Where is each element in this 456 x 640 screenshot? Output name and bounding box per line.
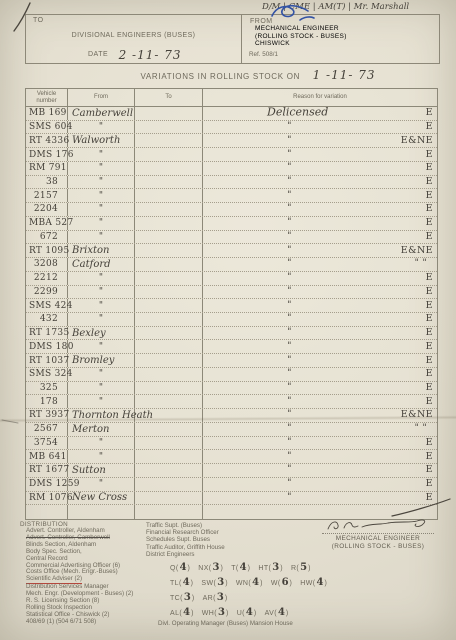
reason-cell: "E xyxy=(203,327,437,340)
table-row: 2212""E xyxy=(26,272,437,286)
code-label: ) xyxy=(221,565,224,572)
reason-cell: "E xyxy=(203,217,437,230)
vehicle-cell: MB 169 xyxy=(26,107,68,120)
vehicle-cell: MB 641 xyxy=(26,450,68,463)
garage-code-line: TC(3)AR(3) xyxy=(170,591,327,606)
reason-value: " xyxy=(287,231,291,241)
page-title: VARIATIONS IN ROLLING STOCK ON 1 -11- 73 xyxy=(60,66,456,84)
table-row: MBA 527""E xyxy=(26,217,437,231)
garage-code-line: Q(4)NX(3)T(4)HT(3)R(5) xyxy=(170,561,327,576)
reason-value: " xyxy=(287,465,291,475)
table-row: 38""E xyxy=(26,176,437,190)
code-group: AR(3) xyxy=(203,593,228,604)
vehicle-cell: 2567 xyxy=(26,423,68,436)
scanned-memo-page: D/M | CME | AM(T) | Mr. Marshall TO DIVI… xyxy=(0,0,456,640)
reason-value: " xyxy=(287,479,291,489)
code-value: E xyxy=(426,341,433,352)
from-cell: " xyxy=(68,231,135,244)
reason-value: " xyxy=(287,218,291,228)
code-label: ) xyxy=(260,580,263,587)
header-box: TO DIVISIONAL ENGINEERS (BUSES) DATE 2 -… xyxy=(25,14,440,64)
recipients-column: Traffic Supt. (Buses)Financial Research … xyxy=(146,522,225,558)
reason-value: " xyxy=(287,176,291,186)
reason-value: " xyxy=(287,121,291,131)
code-count: 4 xyxy=(183,577,190,588)
col-vehicle-number: Vehicle number xyxy=(26,89,68,106)
code-label: AR( xyxy=(203,595,216,602)
vehicle-cell: RM 791 xyxy=(26,162,68,175)
code-value: E xyxy=(426,217,433,228)
code-value: E xyxy=(426,203,433,214)
code-label: ) xyxy=(308,565,311,572)
code-value: E xyxy=(426,299,433,310)
code-group: WN(4) xyxy=(236,578,263,589)
from-line: CHISWICK xyxy=(255,40,347,48)
table-row: 3208Catford"" " xyxy=(26,258,437,272)
to-cell xyxy=(135,437,203,450)
vehicle-cell: MBA 527 xyxy=(26,217,68,230)
reason-value: " xyxy=(287,300,291,310)
code-value: E xyxy=(426,492,433,503)
from-cell: " xyxy=(68,299,135,312)
table-row: SMS 604""E xyxy=(26,121,437,135)
to-cell xyxy=(135,505,203,519)
recipient-item: Traffic Supt. (Buses) xyxy=(146,522,225,529)
reason-cell: "E xyxy=(203,450,437,463)
code-value: E xyxy=(426,107,433,118)
table-row: RT 4336Walworth"E&NE xyxy=(26,134,437,148)
to-cell xyxy=(135,244,203,257)
code-group: AV(4) xyxy=(265,608,289,619)
code-group: SW(3) xyxy=(201,578,228,589)
vehicle-cell: 3208 xyxy=(26,258,68,271)
code-value: E xyxy=(426,464,433,475)
from-cell: Catford xyxy=(68,258,135,271)
code-value: E xyxy=(426,190,433,201)
code-label: ) xyxy=(290,580,293,587)
to-cell xyxy=(135,327,203,340)
from-cell: " xyxy=(68,340,135,353)
code-value: E xyxy=(426,231,433,242)
from-cell: " xyxy=(68,368,135,381)
to-section: TO DIVISIONAL ENGINEERS (BUSES) DATE 2 -… xyxy=(26,15,242,63)
code-group: AL(4) xyxy=(170,608,194,619)
code-count: 4 xyxy=(246,607,253,618)
vehicle-cell: 432 xyxy=(26,313,68,326)
vehicle-cell: 2157 xyxy=(26,189,68,202)
code-count: 3 xyxy=(217,577,224,588)
to-cell xyxy=(135,450,203,463)
reason-cell: "E xyxy=(203,176,437,189)
reason-value: " xyxy=(287,424,291,434)
reason-cell: "E&NE xyxy=(203,134,437,147)
reason-value: " xyxy=(287,341,291,351)
code-count: 3 xyxy=(184,592,191,603)
code-value: E xyxy=(426,272,433,283)
to-cell xyxy=(135,286,203,299)
vehicle-cell: RT 1677 xyxy=(26,464,68,477)
code-count: 4 xyxy=(180,562,187,573)
reason-cell: "E xyxy=(203,340,437,353)
code-label: R( xyxy=(291,565,299,572)
code-value: E xyxy=(426,313,433,324)
vehicle-cell: 38 xyxy=(26,176,68,189)
recipient-item: Schedules Supt. Buses xyxy=(146,536,225,543)
vehicle-cell: DMS 176 xyxy=(26,148,68,161)
code-value: E xyxy=(426,286,433,297)
vehicle-cell: 325 xyxy=(26,382,68,395)
code-value: E xyxy=(426,354,433,365)
to-cell xyxy=(135,354,203,367)
code-count: 4 xyxy=(252,577,259,588)
from-cell: " xyxy=(68,313,135,326)
date-value: 2 -11- 73 xyxy=(119,48,182,62)
code-value: E xyxy=(426,478,433,489)
reason-value: " xyxy=(287,355,291,365)
code-count: 4 xyxy=(278,607,285,618)
reason-cell: "E xyxy=(203,395,437,408)
from-cell: " xyxy=(68,189,135,202)
signature-scribble xyxy=(322,517,434,534)
reason-cell: "E xyxy=(203,478,437,491)
reason-value: " xyxy=(287,245,291,255)
table-row: SMS 424""E xyxy=(26,299,437,313)
code-value: E xyxy=(426,162,433,173)
from-address: MECHANICAL ENGINEER (ROLLING STOCK - BUS… xyxy=(255,25,347,48)
reason-cell: "E xyxy=(203,492,437,505)
code-value: E&NE xyxy=(401,135,433,146)
garage-code-line: AL(4)WH(3)U(4)AV(4) xyxy=(170,606,327,621)
from-cell xyxy=(68,505,135,519)
vehicle-cell: 178 xyxy=(26,395,68,408)
to-cell xyxy=(135,189,203,202)
reason-value: Delicensed xyxy=(267,106,328,119)
table-row: 672""E xyxy=(26,231,437,245)
code-label: ) xyxy=(191,610,194,617)
reason-cell: "E xyxy=(203,313,437,326)
table-row: RT 1095Brixton"E&NE xyxy=(26,244,437,258)
vehicle-cell: RT 4336 xyxy=(26,134,68,147)
from-cell: " xyxy=(68,272,135,285)
table-row: DMS 176""E xyxy=(26,148,437,162)
to-label: TO xyxy=(33,17,44,24)
signature-title: (ROLLING STOCK - BUSES) xyxy=(316,543,440,550)
reason-value: " xyxy=(287,382,291,392)
to-cell xyxy=(135,368,203,381)
from-cell: " xyxy=(68,217,135,230)
to-cell xyxy=(135,162,203,175)
date-line: DATE 2 -11- 73 xyxy=(88,46,182,64)
code-group: Q(4) xyxy=(170,563,190,574)
vehicle-cell: DMS 180 xyxy=(26,340,68,353)
from-cell: New Cross xyxy=(68,492,135,505)
code-label: ) xyxy=(226,610,229,617)
col-reason: Reason for variation xyxy=(203,89,437,106)
code-value: E xyxy=(426,327,433,338)
reason-value: " xyxy=(287,286,291,296)
code-value: " " xyxy=(415,424,427,434)
reason-cell: "" " xyxy=(203,423,437,436)
code-count: 6 xyxy=(282,577,289,588)
from-label: FROM xyxy=(250,18,273,25)
from-cell: " xyxy=(68,450,135,463)
from-cell: Brixton xyxy=(68,244,135,257)
table-row: 2204""E xyxy=(26,203,437,217)
table-row: 2299""E xyxy=(26,286,437,300)
reason-cell: "E xyxy=(203,286,437,299)
code-label: AV( xyxy=(265,610,277,617)
routing-note: D/M | CME | AM(T) | Mr. Marshall xyxy=(262,2,456,12)
signature-block: MECHANICAL ENGINEER (ROLLING STOCK - BUS… xyxy=(316,517,440,550)
table-row: 325""E xyxy=(26,382,437,396)
title-text: VARIATIONS IN ROLLING STOCK ON xyxy=(140,72,300,81)
reason-cell: "E xyxy=(203,354,437,367)
from-cell: " xyxy=(68,148,135,161)
to-value: DIVISIONAL ENGINEERS (BUSES) xyxy=(26,32,241,39)
from-cell: " xyxy=(68,162,135,175)
code-label: WN( xyxy=(236,580,251,587)
from-section: FROM MECHANICAL ENGINEER (ROLLING STOCK … xyxy=(242,15,439,63)
vehicle-cell: SMS 604 xyxy=(26,121,68,134)
from-cell: " xyxy=(68,176,135,189)
code-label: Q( xyxy=(170,565,179,572)
reason-cell: "E xyxy=(203,231,437,244)
code-label: WH( xyxy=(202,610,217,617)
from-cell: " xyxy=(68,478,135,491)
code-count: 3 xyxy=(218,607,225,618)
to-cell xyxy=(135,492,203,505)
code-count: 3 xyxy=(272,562,279,573)
to-cell xyxy=(135,231,203,244)
vehicle-cell xyxy=(26,505,68,519)
stock-table: Vehicle number From To Reason for variat… xyxy=(25,88,438,520)
code-value: E xyxy=(426,368,433,379)
code-group: R(5) xyxy=(291,563,311,574)
vehicle-cell: RT 1037 xyxy=(26,354,68,367)
code-label: AL( xyxy=(170,610,182,617)
from-cell: " xyxy=(68,121,135,134)
table-row: SMS 324""E xyxy=(26,368,437,382)
from-line: (ROLLING STOCK - BUSES) xyxy=(255,33,347,41)
signature-title: MECHANICAL ENGINEER xyxy=(316,535,440,542)
reason-value: " xyxy=(287,314,291,324)
code-label: ) xyxy=(254,610,257,617)
code-count: 4 xyxy=(316,577,323,588)
reason-cell: "E xyxy=(203,162,437,175)
reason-value: " xyxy=(287,492,291,502)
distribution-item: 408/69 (1) (504 6/71 508) xyxy=(26,619,96,626)
recipient-item: Financial Research Officer xyxy=(146,529,225,536)
code-label: TC( xyxy=(170,595,183,602)
to-cell xyxy=(135,423,203,436)
reason-cell: "E xyxy=(203,203,437,216)
code-value: E xyxy=(426,121,433,132)
code-label: HW( xyxy=(300,580,315,587)
reason-cell: "E&NE xyxy=(203,244,437,257)
recipient-item: District Engineers xyxy=(146,551,225,558)
code-count: 3 xyxy=(217,592,224,603)
code-group: TL(4) xyxy=(170,578,193,589)
code-label: ) xyxy=(192,595,195,602)
reason-cell: "" " xyxy=(203,258,437,271)
vehicle-cell: RM 1076 xyxy=(26,492,68,505)
signature-stroke xyxy=(328,520,425,529)
reason-value: " xyxy=(287,451,291,461)
code-label: TL( xyxy=(170,580,182,587)
code-value: E&NE xyxy=(401,245,433,256)
to-cell xyxy=(135,148,203,161)
code-group: TC(3) xyxy=(170,593,195,604)
vehicle-cell: 3754 xyxy=(26,437,68,450)
to-cell xyxy=(135,272,203,285)
vehicle-cell: 2204 xyxy=(26,203,68,216)
title-date: 1 -11- 73 xyxy=(313,68,376,82)
reason-cell: "E xyxy=(203,368,437,381)
code-label: ) xyxy=(286,610,289,617)
garage-code-line: TL(4)SW(3)WN(4)W(6)HW(4) xyxy=(170,576,327,591)
reason-cell: "E xyxy=(203,382,437,395)
to-cell xyxy=(135,107,203,120)
code-group: HW(4) xyxy=(300,578,327,589)
vehicle-cell: 672 xyxy=(26,231,68,244)
table-row: RT 1677Sutton"E xyxy=(26,464,437,478)
table-row: MB 169CamberwellDelicensedE xyxy=(26,107,437,121)
from-cell: Bexley xyxy=(68,327,135,340)
reason-value: " xyxy=(287,259,291,269)
distribution-items: Advert. Controller, AldenhamAdvert. Cont… xyxy=(20,528,152,626)
col-to: To xyxy=(135,89,203,106)
code-value: E xyxy=(426,437,433,448)
code-value: " " xyxy=(415,259,427,269)
from-line: MECHANICAL ENGINEER xyxy=(255,25,347,33)
from-cell: " xyxy=(68,395,135,408)
code-group: NX(3) xyxy=(198,563,223,574)
reason-value: " xyxy=(287,204,291,214)
to-cell xyxy=(135,478,203,491)
table-body: MB 169CamberwellDelicensedESMS 604""ERT … xyxy=(26,107,437,519)
reason-cell: "E xyxy=(203,437,437,450)
from-cell: " xyxy=(68,382,135,395)
code-label: W( xyxy=(271,580,281,587)
reason-cell: "E xyxy=(203,189,437,202)
code-group: WH(3) xyxy=(202,608,229,619)
to-cell xyxy=(135,382,203,395)
table-header: Vehicle number From To Reason for variat… xyxy=(26,89,437,107)
reason-value: " xyxy=(287,149,291,159)
code-value: E xyxy=(426,396,433,407)
ref-number: Ref. 508/1 xyxy=(249,51,278,58)
code-label: ) xyxy=(191,580,194,587)
from-cell: " xyxy=(68,286,135,299)
to-cell xyxy=(135,121,203,134)
code-value: E xyxy=(426,382,433,393)
code-group: T(4) xyxy=(231,563,250,574)
vehicle-cell: DMS 1259 xyxy=(26,478,68,491)
code-value: E xyxy=(426,148,433,159)
table-row: DMS 1259""E xyxy=(26,478,437,492)
code-count: 4 xyxy=(240,562,247,573)
table-row: DMS 180""E xyxy=(26,340,437,354)
from-cell: Walworth xyxy=(68,134,135,147)
code-label: ) xyxy=(280,565,283,572)
table-row: 2157""E xyxy=(26,189,437,203)
recipient-item: Traffic Auditor, Griffith House xyxy=(146,544,225,551)
code-value: E xyxy=(426,176,433,187)
code-group: HT(3) xyxy=(258,563,283,574)
code-label: ) xyxy=(248,565,251,572)
vehicle-cell: RT 1095 xyxy=(26,244,68,257)
code-label: ) xyxy=(324,580,327,587)
reason-cell: "E xyxy=(203,148,437,161)
garage-codes: Q(4)NX(3)T(4)HT(3)R(5)TL(4)SW(3)WN(4)W(6… xyxy=(170,561,327,621)
reason-value: " xyxy=(287,437,291,447)
from-cell: " xyxy=(68,203,135,216)
code-count: 3 xyxy=(213,562,220,573)
reason-value: " xyxy=(287,163,291,173)
to-cell xyxy=(135,176,203,189)
from-cell: Merton xyxy=(68,423,135,436)
reason-value: " xyxy=(287,135,291,145)
to-cell xyxy=(135,217,203,230)
code-label: HT( xyxy=(258,565,271,572)
col-from: From xyxy=(68,89,135,106)
reason-value: " xyxy=(287,273,291,283)
to-cell xyxy=(135,395,203,408)
table-row: RM 1076New Cross"E xyxy=(26,492,437,506)
code-count: 5 xyxy=(300,562,307,573)
code-label: U( xyxy=(237,610,245,617)
reason-value: " xyxy=(287,369,291,379)
code-count: 4 xyxy=(183,607,190,618)
code-value: E xyxy=(426,451,433,462)
reason-cell: "E xyxy=(203,272,437,285)
to-cell xyxy=(135,258,203,271)
to-cell xyxy=(135,464,203,477)
to-cell xyxy=(135,134,203,147)
code-label: ) xyxy=(225,595,228,602)
code-label: NX( xyxy=(198,565,211,572)
vehicle-cell: SMS 424 xyxy=(26,299,68,312)
code-label: ) xyxy=(188,565,191,572)
from-cell: Bromley xyxy=(68,354,135,367)
vehicle-cell: 2299 xyxy=(26,286,68,299)
reason-cell: "E xyxy=(203,121,437,134)
to-cell xyxy=(135,340,203,353)
table-row: RT 1735Bexley"E xyxy=(26,327,437,341)
reason-value: " xyxy=(287,327,291,337)
code-label: T( xyxy=(231,565,238,572)
table-row: RM 791""E xyxy=(26,162,437,176)
to-cell xyxy=(135,313,203,326)
reason-cell: DelicensedE xyxy=(203,107,437,120)
reason-value: " xyxy=(287,190,291,200)
reason-value: " xyxy=(287,396,291,406)
code-group: W(6) xyxy=(271,578,292,589)
table-row: 2567Merton"" " xyxy=(26,423,437,437)
table-row: MB 641""E xyxy=(26,450,437,464)
code-label: SW( xyxy=(201,580,216,587)
code-group: U(4) xyxy=(237,608,257,619)
from-cell: Camberwell xyxy=(68,107,135,120)
operating-manager-line: Divl. Operating Manager (Buses) Mansion … xyxy=(158,620,293,627)
date-label: DATE xyxy=(88,51,108,58)
from-cell: " xyxy=(68,437,135,450)
code-label: ) xyxy=(225,580,228,587)
from-cell: Sutton xyxy=(68,464,135,477)
to-cell xyxy=(135,203,203,216)
vehicle-cell: SMS 324 xyxy=(26,368,68,381)
reason-cell: "E xyxy=(203,464,437,477)
